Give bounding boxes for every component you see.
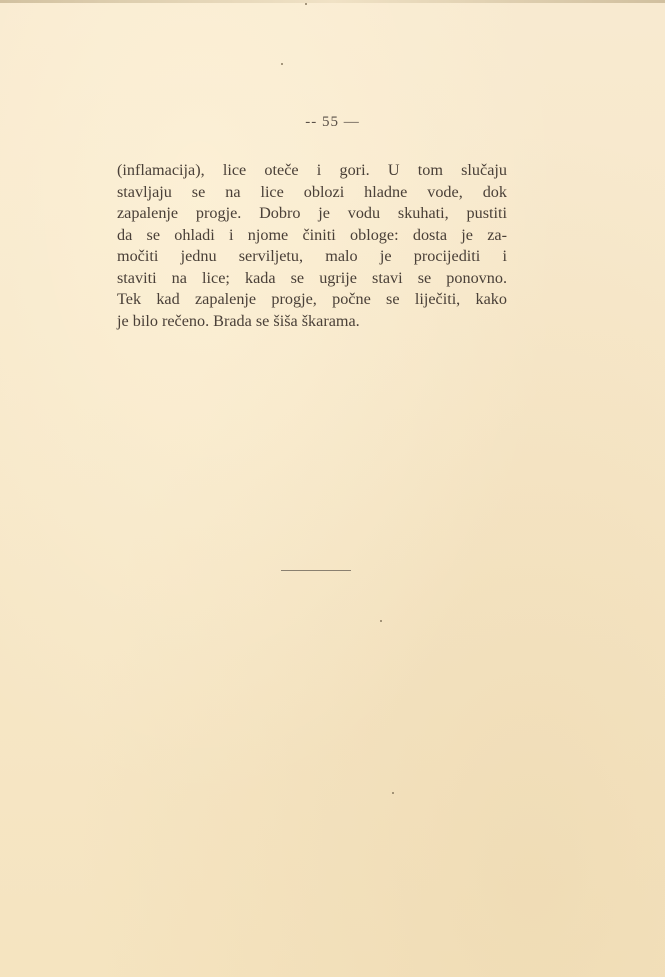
paragraph-line: da se ohladi i njome činiti obloge: dost… xyxy=(117,225,507,247)
page-edge xyxy=(0,0,665,3)
paper-speck xyxy=(380,620,382,622)
paragraph-line: zapalenje progje. Dobro je vodu skuhati,… xyxy=(117,203,507,225)
section-divider xyxy=(281,570,351,571)
paragraph-line: Tek kad zapalenje progje, počne se liječ… xyxy=(117,289,507,311)
paper-speck xyxy=(305,3,307,5)
paragraph-line: staviti na lice; kada se ugrije stavi se… xyxy=(117,268,507,290)
paragraph: (inflamacija), lice oteče i gori. U tom … xyxy=(117,160,507,332)
paragraph-line: stavljaju se na lice oblozi hladne vode,… xyxy=(117,182,507,204)
paragraph-line: je bilo rečeno. Brada se šiša škarama. xyxy=(117,311,507,333)
page-number: -- 55 — xyxy=(0,114,665,131)
paper-speck xyxy=(392,792,394,794)
paper-speck xyxy=(281,63,283,65)
paragraph-line: (inflamacija), lice oteče i gori. U tom … xyxy=(117,160,507,182)
paragraph-line: močiti jednu serviljetu, malo je procije… xyxy=(117,246,507,268)
